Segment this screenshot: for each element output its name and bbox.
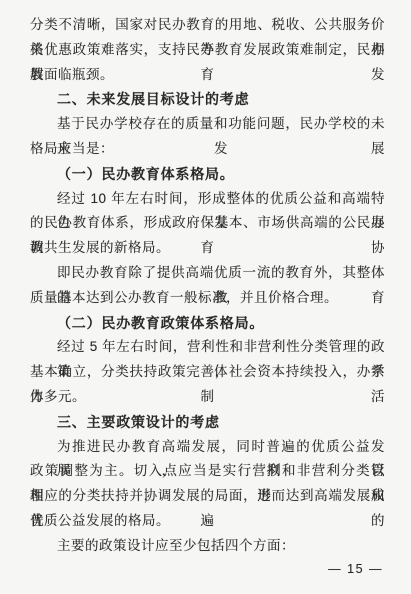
text-line: 经过 10 年左右时间，形成整体的优质公益和高端特色发展 [30,187,385,212]
text-line: 质量基本达到公办教育一般标准，并且价格合理。 [30,286,385,311]
text-line: 主要的政策设计应至少包括四个方面： [30,534,385,559]
text-line: 相应的分类扶持并协调发展的局面，进而达到高端发展和普遍的 [30,484,385,509]
text-line: 为推进民办教育高端发展，同时普遍的优质公益发展，拟以 [30,435,385,460]
document-page: 分类不清晰，国家对民办教育的用地、税收、公共服务价格等相关优惠政策难落实，支持民… [0,0,411,594]
section-heading: 三、主要政策设计的考虑 [30,410,385,435]
text-line: 经过 5 年左右时间，营利性和非营利性分类管理的政策体系 [30,335,385,360]
text-line: 的民办教育体系，形成政府保基本、市场供高端的公民办教育协 [30,211,385,236]
text-line: 基于民办学校存在的质量和功能问题，民办学校的未来发展 [30,112,385,137]
sub-heading: （二）民办教育政策体系格局。 [30,311,385,336]
text-line: 分类不清晰，国家对民办教育的用地、税收、公共服务价格等相 [30,13,385,38]
text-line: 基本确立，分类扶持政策完善，社会资本持续投入，办学体制活 [30,360,385,385]
sub-heading: （一）民办教育体系格局。 [30,162,385,187]
page-number: — 15 — [328,562,383,576]
text-lines: 分类不清晰，国家对民办教育的用地、税收、公共服务价格等相关优惠政策难落实，支持民… [30,13,385,559]
text-line: 即民办教育除了提供高端优质一流的教育外，其整体的教育 [30,261,385,286]
text-line: 政策调整为主。切入点应当是实行营利和非营利分类管理，形成 [30,459,385,484]
text-line: 关优惠政策难落实，支持民办教育发展政策难制定，民办教育发 [30,38,385,63]
section-heading: 二、未来发展目标设计的考虑 [30,87,385,112]
